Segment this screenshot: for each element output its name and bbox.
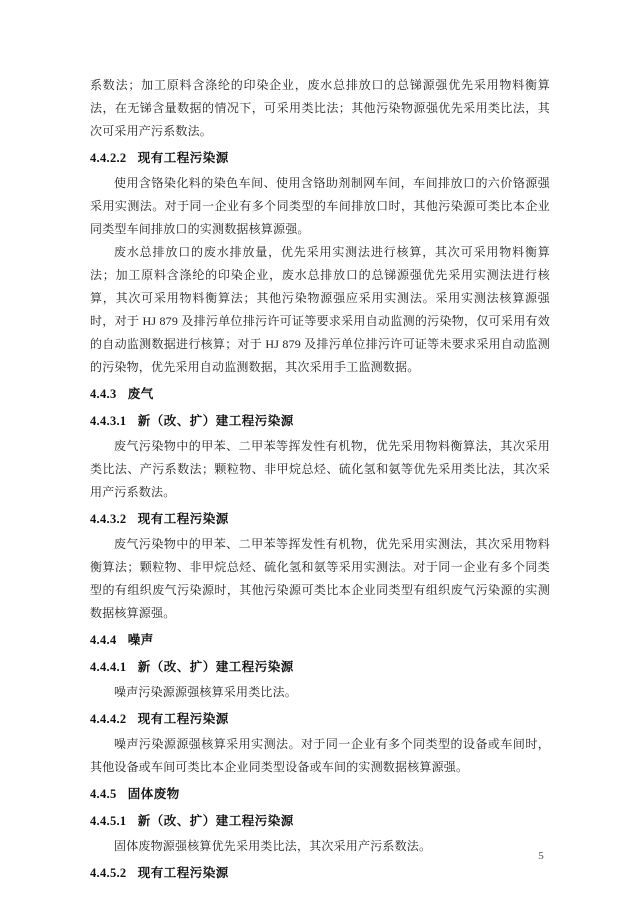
section-heading-4-4-4-2: 4.4.4.2现有工程污染源 bbox=[90, 708, 550, 731]
section-number: 4.4.5.1 bbox=[90, 814, 126, 828]
paragraph-continuation: 系数法；加工原料含涤纶的印染企业，废水总排放口的总锑源强优先采用物料衡算法，在无… bbox=[90, 74, 550, 143]
section-heading-4-4-4-1: 4.4.4.1新（改、扩）建工程污染源 bbox=[90, 656, 550, 679]
paragraph: 使用含铬染化料的染色车间、使用含铬助剂制网车间，车间排放口的六价铬源强采用实测法… bbox=[90, 172, 550, 241]
section-title: 新（改、扩）建工程污染源 bbox=[138, 414, 294, 428]
document-content: 系数法；加工原料含涤纶的印染企业，废水总排放口的总锑源强优先采用物料衡算法，在无… bbox=[90, 74, 550, 887]
document-page: 系数法；加工原料含涤纶的印染企业，废水总排放口的总锑源强优先采用物料衡算法，在无… bbox=[0, 0, 640, 905]
section-heading-4-4-5: 4.4.5固体废物 bbox=[90, 783, 550, 806]
paragraph: 废气污染物中的甲苯、二甲苯等挥发性有机物，优先采用物料衡算法，其次采用类比法、产… bbox=[90, 435, 550, 504]
section-title: 现有工程污染源 bbox=[138, 512, 229, 526]
section-number: 4.4.5.2 bbox=[90, 866, 126, 880]
section-title: 废气 bbox=[128, 387, 154, 401]
paragraph: 废气污染物中的甲苯、二甲苯等挥发性有机物，优先采用实测法，其次采用物料衡算法；颗… bbox=[90, 533, 550, 625]
section-title: 现有工程污染源 bbox=[138, 712, 229, 726]
section-heading-4-4-5-2: 4.4.5.2现有工程污染源 bbox=[90, 862, 550, 885]
section-title: 噪声 bbox=[128, 633, 154, 647]
section-heading-4-4-4: 4.4.4噪声 bbox=[90, 629, 550, 652]
section-number: 4.4.3.2 bbox=[90, 512, 126, 526]
section-number: 4.4.2.2 bbox=[90, 151, 126, 165]
section-heading-4-4-2-2: 4.4.2.2现有工程污染源 bbox=[90, 147, 550, 170]
paragraph: 固体废物源强核算优先采用类比法，其次采用产污系数法。 bbox=[90, 835, 550, 858]
section-title: 新（改、扩）建工程污染源 bbox=[138, 814, 294, 828]
section-number: 4.4.5 bbox=[90, 787, 117, 801]
section-heading-4-4-3: 4.4.3废气 bbox=[90, 383, 550, 406]
section-number: 4.4.3 bbox=[90, 387, 117, 401]
section-title: 新（改、扩）建工程污染源 bbox=[138, 660, 294, 674]
section-heading-4-4-3-1: 4.4.3.1新（改、扩）建工程污染源 bbox=[90, 410, 550, 433]
section-number: 4.4.4 bbox=[90, 633, 117, 647]
section-heading-4-4-3-2: 4.4.3.2现有工程污染源 bbox=[90, 508, 550, 531]
section-title: 固体废物 bbox=[128, 787, 180, 801]
paragraph: 噪声污染源源强核算采用实测法。对于同一企业有多个同类型的设备或车间时，其他设备或… bbox=[90, 733, 550, 779]
page-number: 5 bbox=[533, 850, 549, 862]
section-number: 4.4.4.2 bbox=[90, 712, 126, 726]
section-number: 4.4.3.1 bbox=[90, 414, 126, 428]
paragraph: 噪声污染源源强核算采用类比法。 bbox=[90, 681, 550, 704]
section-title: 现有工程污染源 bbox=[138, 151, 229, 165]
section-number: 4.4.4.1 bbox=[90, 660, 126, 674]
paragraph: 废水总排放口的废水排放量，优先采用实测法进行核算，其次可采用物料衡算法；加工原料… bbox=[90, 241, 550, 379]
section-heading-4-4-5-1: 4.4.5.1新（改、扩）建工程污染源 bbox=[90, 810, 550, 833]
section-title: 现有工程污染源 bbox=[138, 866, 229, 880]
